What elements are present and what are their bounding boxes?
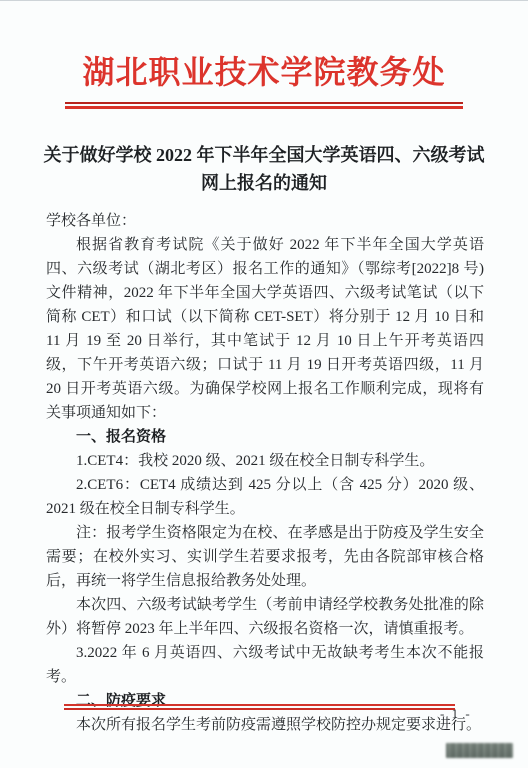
paragraph-cet6-eligibility: 2.CET6：CET4 成绩达到 425 分以上（含 425 分）2020 级、… [46, 473, 484, 521]
footer-double-rule [64, 704, 455, 710]
scan-edge-line [0, 0, 528, 1]
paragraph-june-absentees: 3.2022 年 6 月英语四、六级考试中无故缺考考生本次不能报考。 [46, 641, 484, 689]
notice-title-line1: 关于做好学校 2022 年下半年全国大学英语四、六级考试 [44, 145, 485, 165]
letterhead-org-title: 湖北职业技术学院教务处 [0, 47, 528, 93]
letterhead-double-rule [65, 102, 463, 109]
notice-title-line2: 网上报名的通知 [201, 173, 327, 193]
salutation: 学校各单位： [46, 209, 484, 233]
paragraph-cet4-eligibility: 1.CET4：我校 2020 级、2021 级在校全日制专科学生。 [46, 449, 484, 473]
paragraph-absence-penalty: 本次四、六级考试缺考学生（考前申请经学校教务处批准的除外）将暂停 2023 年上… [46, 593, 484, 641]
paragraph-eligibility-note: 注：报考学生资格限定为在校、在孝感是出于防疫及学生安全需要；在校外实习、实训学生… [46, 521, 484, 593]
notice-title: 关于做好学校 2022 年下半年全国大学英语四、六级考试 网上报名的通知 [34, 141, 494, 197]
scanned-notice-page: 湖北职业技术学院教务处 关于做好学校 2022 年下半年全国大学英语四、六级考试… [0, 0, 528, 768]
section-heading-registration-eligibility: 一、报名资格 [46, 425, 484, 449]
notice-body: 学校各单位： 根据省教育考试院《关于做好 2022 年下半年全国大学英语四、六级… [46, 209, 484, 737]
paragraph-intro: 根据省教育考试院《关于做好 2022 年下半年全国大学英语四、六级考试（湖北考区… [46, 233, 484, 425]
paragraph-epidemic-rule: 本次所有报名学生考前防疫需遵照学校防控办规定要求进行。 [46, 713, 484, 737]
corner-watermark [446, 743, 513, 758]
page-number: - 1 - [440, 706, 472, 722]
